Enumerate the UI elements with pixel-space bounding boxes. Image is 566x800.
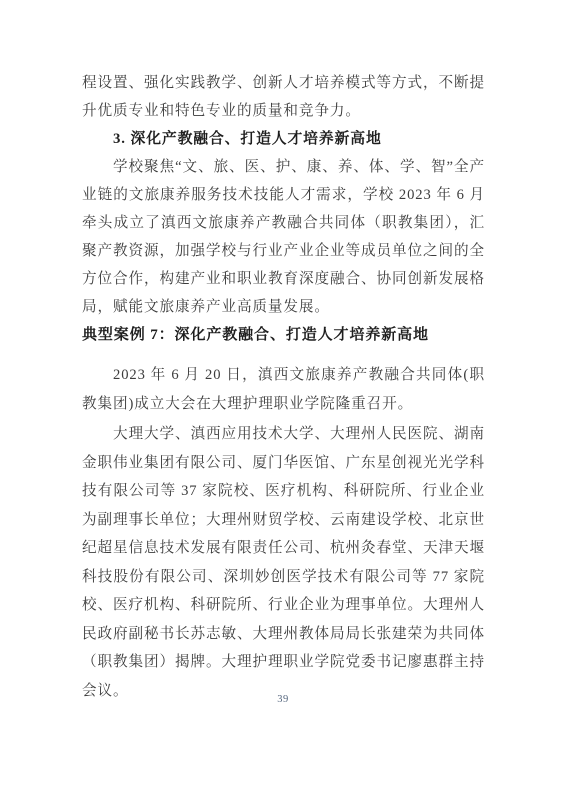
section-3-paragraph: 学校聚焦“文、旅、医、护、康、养、体、学、智”全产业链的文旅康养服务技术技能人才…: [82, 153, 485, 321]
case-study-paragraph-1: 2023 年 6 月 20 日，滇西文旅康养产教融合共同体(职教集团)成立大会在…: [82, 361, 485, 418]
case-study-7-heading: 典型案例 7：深化产教融合、打造人才培养新高地: [82, 321, 485, 349]
case-study-paragraph-2: 大理大学、滇西应用技术大学、大理州人民医院、湖南金职伟业集团有限公司、厦门华医馆…: [82, 420, 485, 705]
paragraph-continuation: 程设置、强化实践教学、创新人才培养模式等方式，不断提升优质专业和特色专业的质量和…: [82, 69, 485, 125]
section-3-heading: 3. 深化产教融合、打造人才培养新高地: [82, 125, 485, 153]
page-number: 39: [0, 694, 566, 705]
document-page: 程设置、强化实践教学、创新人才培养模式等方式，不断提升优质专业和特色专业的质量和…: [0, 0, 566, 800]
page-text-block: 程设置、强化实践教学、创新人才培养模式等方式，不断提升优质专业和特色专业的质量和…: [82, 69, 485, 705]
